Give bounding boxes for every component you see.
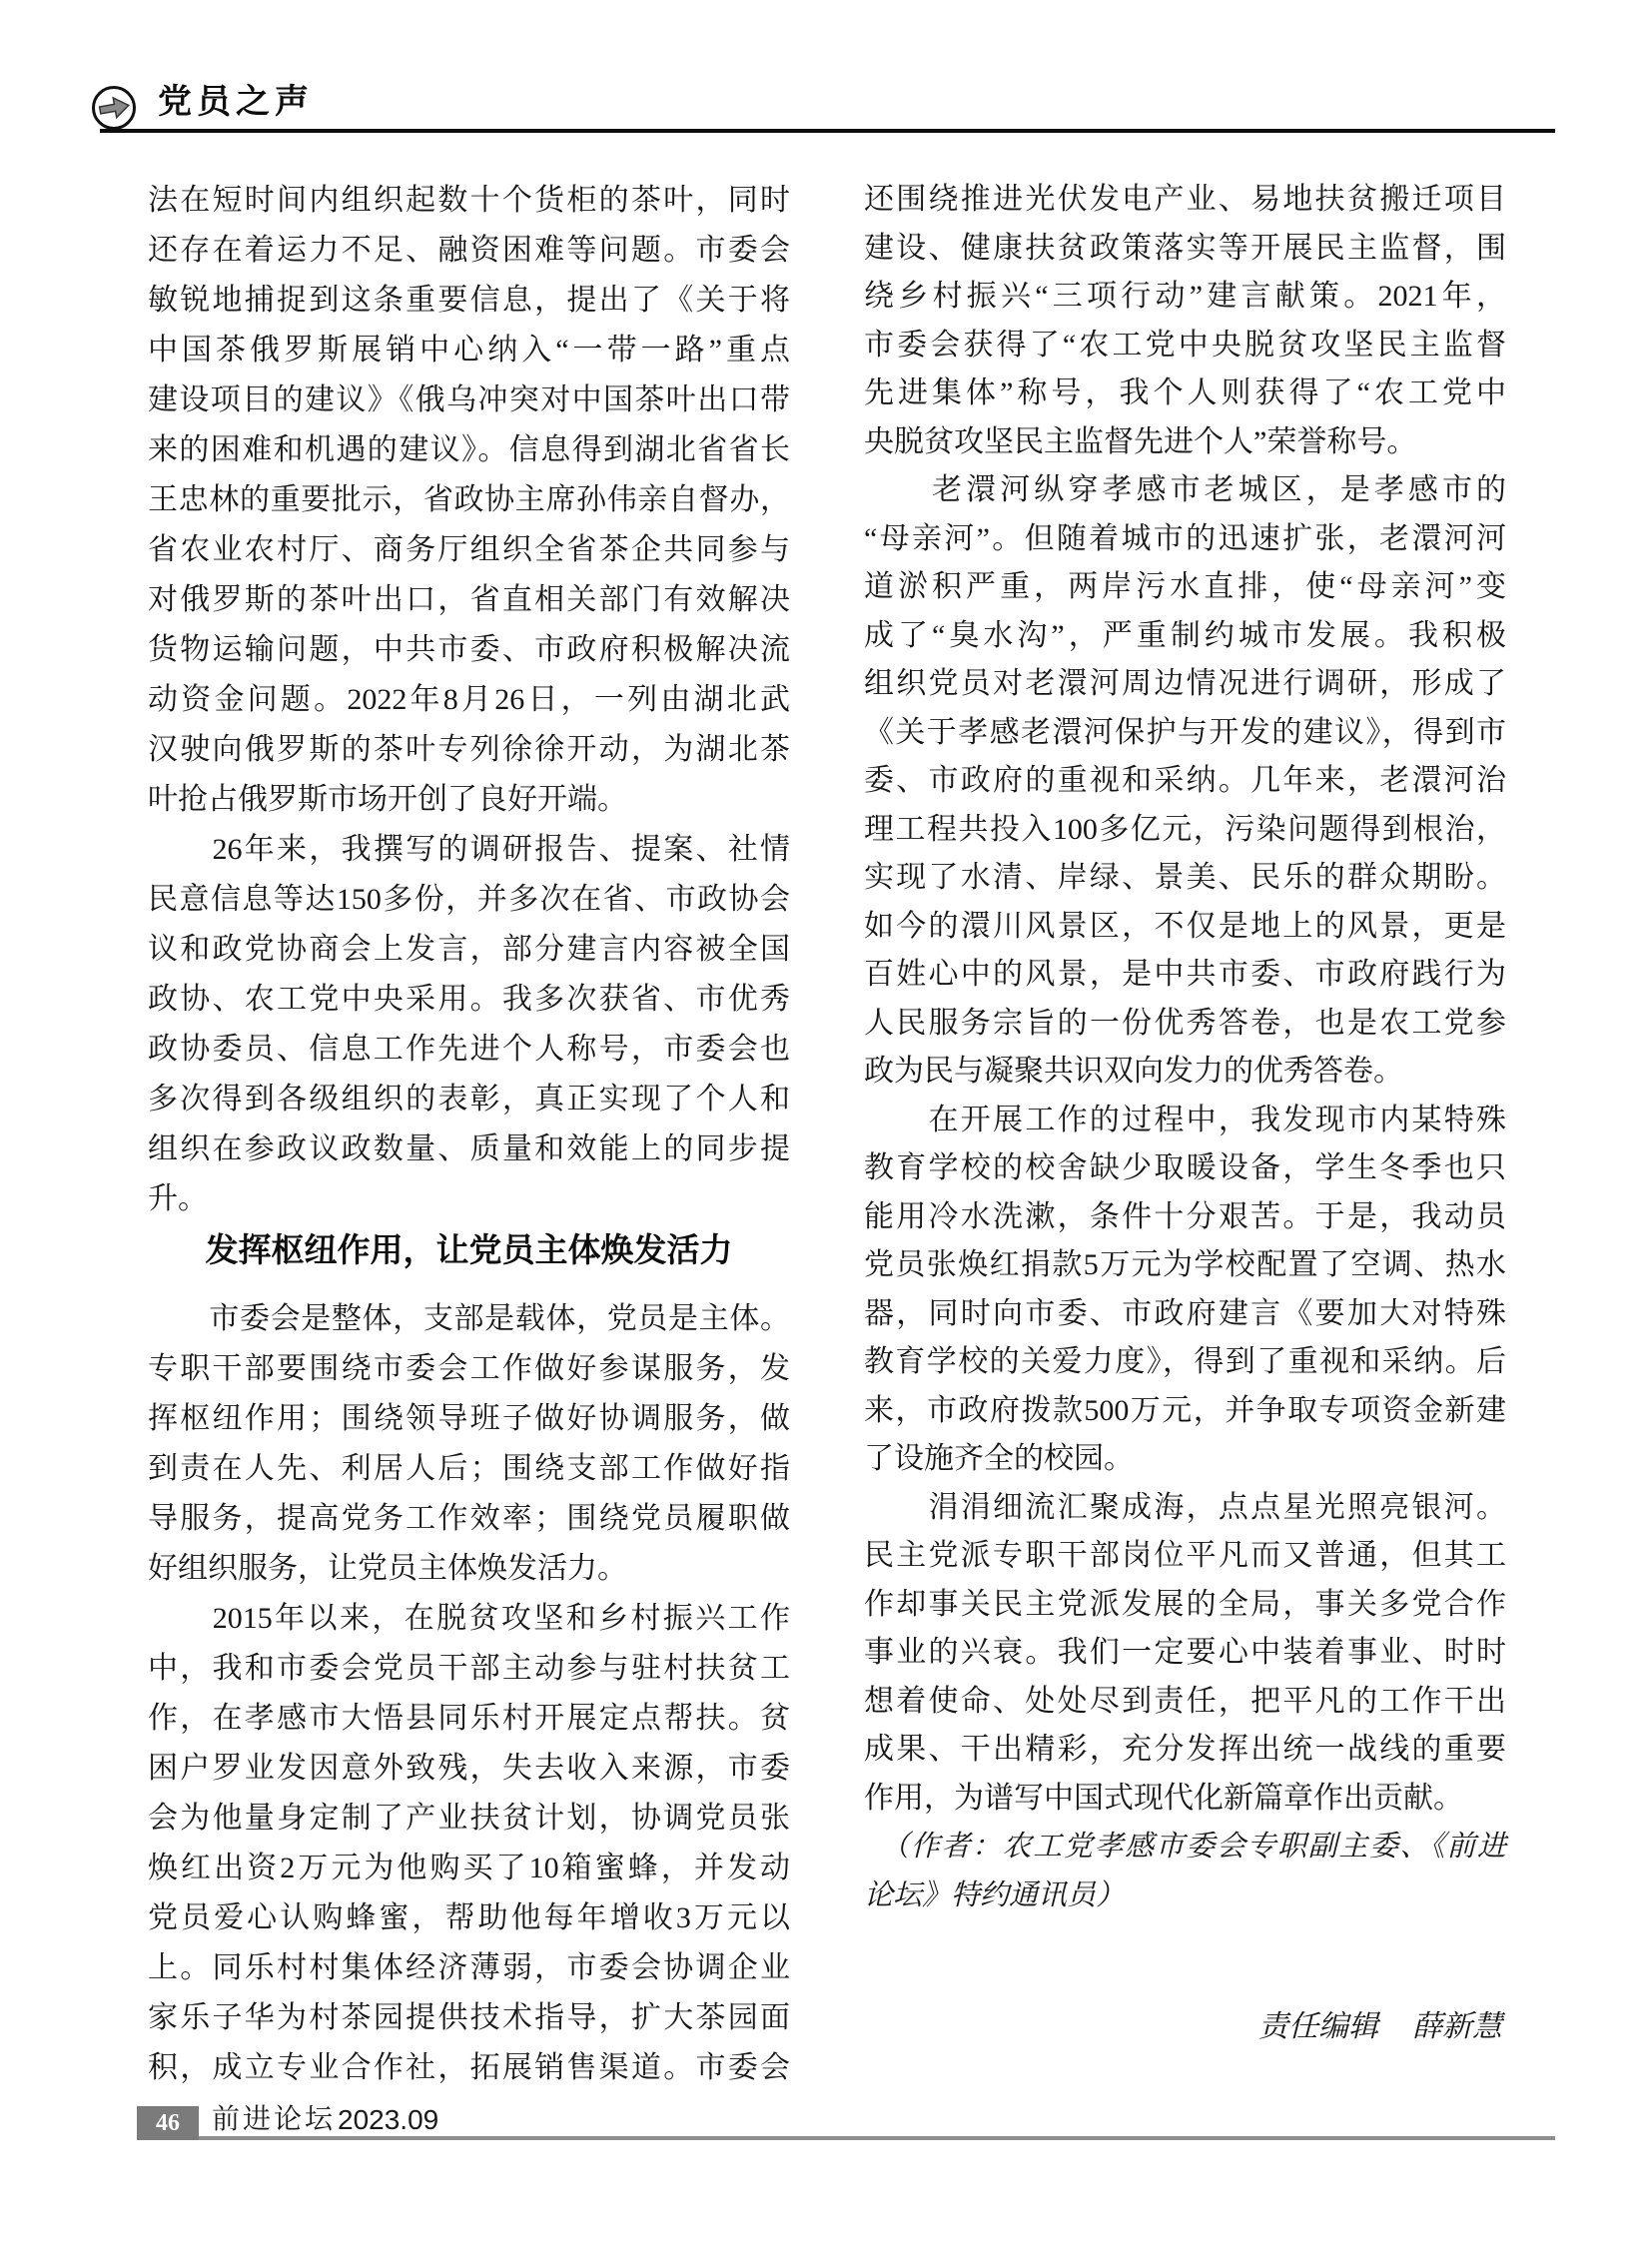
text-line: 货物运输问题，中共市委、市政府积极解决流 [148,625,790,675]
text-line: 在开展工作的过程中，我发现市内某特殊 [864,1097,1506,1145]
text-line: 百姓心中的风景，是中共市委、市政府践行为 [864,951,1506,1000]
text-line: 升。 [148,1174,790,1224]
editor-name: 薛新慧 [1412,2010,1502,2043]
text-line: 议和政党协商会上发言，部分建言内容被全国 [148,925,790,975]
magazine-page: 党员之声 法在短时间内组织起数十个货柜的茶叶，同时还存在着运力不足、融资困难等问… [0,0,1652,2242]
journal-name: 前进论坛 [212,2102,336,2138]
text-line: 省农业农村厅、商务厅组织全省茶企共同参与 [148,525,790,575]
text-line: 老澴河纵穿孝感市老城区，是孝感市的 [864,466,1506,515]
text-line: 王忠林的重要批示，省政协主席孙伟亲自督办， [148,475,790,525]
editor-label: 责任编辑 [1258,2010,1378,2043]
text-line: “母亲河”。但随着城市的迅速扩张，老澴河河 [864,515,1506,564]
article-column-left: 法在短时间内组织起数十个货柜的茶叶，同时还存在着运力不足、融资困难等问题。市委会… [148,176,790,2093]
text-line: 汉驶向俄罗斯的茶叶专列徐徐开动，为湖北茶 [148,725,790,775]
text-line: 成了“臭水沟”，严重制约城市发展。我积极 [864,612,1506,661]
text-line: 政为民与凝聚共识双向发力的优秀答卷。 [864,1048,1506,1097]
text-line: 民主党派专职干部岗位平凡而又普通，但其工 [864,1532,1506,1581]
text-line: 道淤积严重，两岸污水直排，使“母亲河”变 [864,563,1506,612]
text-line: 建设项目的建议》《俄乌冲突对中国茶叶出口带 [148,375,790,425]
text-line: 作却事关民主党派发展的全局，事关多党合作 [864,1581,1506,1630]
text-line: 建设、健康扶贫政策落实等开展民主监督，围 [864,225,1506,274]
text-line: 如今的澴川风景区，不仅是地上的风景，更是 [864,903,1506,952]
author-note-line: 论坛》特约通讯员） [864,1871,1506,1920]
text-line: 困户罗业发因意外致残，失去收入来源，市委 [148,1744,790,1794]
text-line: 器，同时向市委、市政府建言《要加大对特殊 [864,1290,1506,1339]
text-line: 民意信息等达150多份，并多次在省、市政协会 [148,875,790,925]
text-line: 来的困难和机遇的建议》。信息得到湖北省省长 [148,425,790,475]
author-note-line: （作者：农工党孝感市委会专职副主委、《前进 [864,1823,1506,1871]
text-line: 了设施齐全的校园。 [864,1435,1506,1484]
text-line: 教育学校的关爱力度》，得到了重视和采纳。后 [864,1338,1506,1387]
section-heading: 发挥枢纽作用，让党员主体焕发活力 [148,1224,790,1294]
text-line: 党员爱心认购蜂蜜，帮助他每年增收3万元以 [148,1893,790,1943]
text-line: 会为他量身定制了产业扶贫计划，协调党员张 [148,1794,790,1844]
text-line: 来，市政府拨款500万元，并争取专项资金新建 [864,1387,1506,1436]
text-line: 党员张焕红捐款5万元为学校配置了空调、热水 [864,1241,1506,1290]
editor-credit: 责任编辑薛新慧 [864,2007,1506,2047]
text-line: 2015年以来，在脱贫攻坚和乡村振兴工作 [148,1594,790,1644]
text-line: 作，在孝感市大悟县同乐村开展定点帮扶。贫 [148,1694,790,1744]
arrow-circle-icon [90,84,138,132]
text-line: 政协、农工党中央采用。我多次获省、市优秀 [148,975,790,1025]
text-line: 法在短时间内组织起数十个货柜的茶叶，同时 [148,176,790,226]
text-line: 作用，为谱写中国式现代化新篇章作出贡献。 [864,1775,1506,1824]
text-line: 上。同乐村村集体经济薄弱，市委会协调企业 [148,1943,790,1993]
text-line: 家乐子华为村茶园提供技术指导，扩大茶园面 [148,1993,790,2043]
text-line: 市委会获得了“农工党中央脱贫攻坚民主监督 [864,322,1506,371]
text-line: 组织在参政议政数量、质量和效能上的同步提 [148,1124,790,1174]
text-line: 政协委员、信息工作先进个人称号，市委会也 [148,1025,790,1075]
text-line: 理工程共投入100多亿元，污染问题得到根治， [864,806,1506,855]
text-line: 成果、干出精彩，充分发挥出统一战线的重要 [864,1726,1506,1775]
issue-number: 2023.09 [338,2102,438,2138]
text-line: 专职干部要围绕市委会工作做好参谋服务，发 [148,1344,790,1394]
header-rule [100,129,1555,133]
article-column-right: 还围绕推进光伏发电产业、易地扶贫搬迁项目建设、健康扶贫政策落实等开展民主监督，围… [864,176,1506,2047]
text-line: 动资金问题。2022年8月26日，一列由湖北武 [148,675,790,725]
text-line: 好组织服务，让党员主体焕发活力。 [148,1544,790,1594]
text-line: 人民服务宗旨的一份优秀答卷，也是农工党参 [864,1000,1506,1049]
right-column-lines: 还围绕推进光伏发电产业、易地扶贫搬迁项目建设、健康扶贫政策落实等开展民主监督，围… [864,176,1506,1919]
text-line: 中国茶俄罗斯展销中心纳入“一带一路”重点 [148,326,790,375]
text-line: 涓涓细流汇聚成海，点点星光照亮银河。 [864,1484,1506,1533]
text-line: 绕乡村振兴“三项行动”建言献策。2021年， [864,273,1506,322]
text-line: 《关于孝感老澴河保护与开发的建议》，得到市 [864,709,1506,758]
text-line: 实现了水清、岸绿、景美、民乐的群众期盼。 [864,854,1506,903]
text-line: 组织党员对老澴河周边情况进行调研，形成了 [864,660,1506,709]
text-line: 想着使命、处处尽到责任，把平凡的工作干出 [864,1678,1506,1727]
text-line: 多次得到各级组织的表彰，真正实现了个人和 [148,1075,790,1124]
text-line: 市委会是整体，支部是载体，党员是主体。 [148,1294,790,1344]
text-line: 对俄罗斯的茶叶出口，省直相关部门有效解决 [148,575,790,625]
text-line: 先进集体”称号，我个人则获得了“农工党中 [864,370,1506,418]
page-number-badge: 46 [137,2106,199,2140]
text-line: 挥枢纽作用；围绕领导班子做好协调服务，做 [148,1394,790,1444]
text-line: 委、市政府的重视和采纳。几年来，老澴河治 [864,757,1506,806]
text-line: 还存在着运力不足、融资困难等问题。市委会 [148,226,790,276]
text-line: 积，成立专业合作社，拓展销售渠道。市委会 [148,2043,790,2093]
text-line: 26年来，我撰写的调研报告、提案、社情 [148,825,790,875]
text-line: 导服务，提高党务工作效率；围绕党员履职做 [148,1494,790,1544]
text-line: 敏锐地捕捉到这条重要信息，提出了《关于将 [148,276,790,326]
text-line: 还围绕推进光伏发电产业、易地扶贫搬迁项目 [864,176,1506,225]
text-line: 叶抢占俄罗斯市场开创了良好开端。 [148,775,790,825]
section-title: 党员之声 [158,80,314,124]
text-line: 焕红出资2万元为他购买了10箱蜜蜂，并发动 [148,1844,790,1893]
text-line: 能用冷水洗漱，条件十分艰苦。于是，我动员 [864,1193,1506,1242]
text-line: 中，我和市委会党员干部主动参与驻村扶贫工 [148,1644,790,1694]
text-line: 央脱贫攻坚民主监督先进个人”荣誉称号。 [864,418,1506,467]
text-line: 教育学校的校舍缺少取暖设备，学生冬季也只 [864,1144,1506,1193]
text-line: 到责在人先、利居人后；围绕支部工作做好指 [148,1444,790,1494]
text-line: 事业的兴衰。我们一定要心中装着事业、时时 [864,1629,1506,1678]
